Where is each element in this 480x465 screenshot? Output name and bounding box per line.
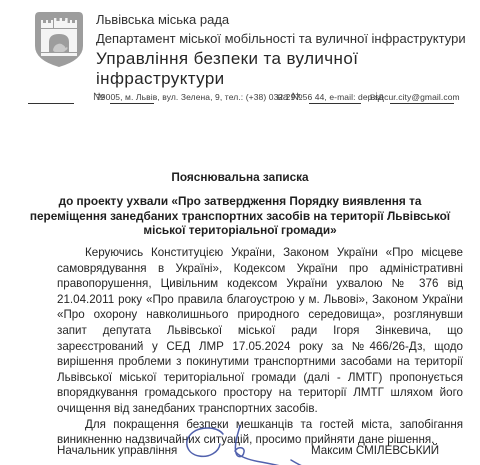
number-blank-field (110, 90, 154, 104)
number-label: № (93, 91, 104, 104)
incoming-number-fields: на № від (277, 90, 454, 104)
reference-line: № на № від (0, 90, 480, 108)
date-blank-field (28, 90, 74, 104)
reply-date-label: від (370, 91, 384, 104)
org-name-office: Управління безпеки та вуличної інфрастру… (96, 49, 480, 89)
reply-number-label: на № (277, 91, 303, 104)
signatory-name: Максим СМІЛЕВСЬКИЙ (311, 444, 439, 457)
lviv-coat-of-arms-icon (33, 10, 85, 68)
document-body: Керуючись Конституцією України, Законом … (57, 245, 463, 448)
body-paragraph-1: Керуючись Конституцією України, Законом … (57, 245, 463, 417)
document-page: Львівська міська рада Департамент місько… (0, 0, 480, 465)
signatory-position: Начальник управління (57, 444, 177, 457)
outgoing-number-fields: № (28, 90, 154, 104)
handwritten-signature (183, 424, 311, 465)
org-name-council: Львівська міська рада (96, 11, 480, 28)
reply-number-blank-field (309, 90, 361, 104)
document-title: Пояснювальна записка (0, 170, 480, 184)
title-block: Пояснювальна записка до проекту ухвали «… (0, 170, 480, 238)
reply-date-blank-field (390, 90, 454, 104)
document-subject: до проекту ухвали «Про затвердження Поря… (26, 194, 454, 238)
org-name-department: Департамент міської мобільності та вулич… (96, 30, 480, 47)
